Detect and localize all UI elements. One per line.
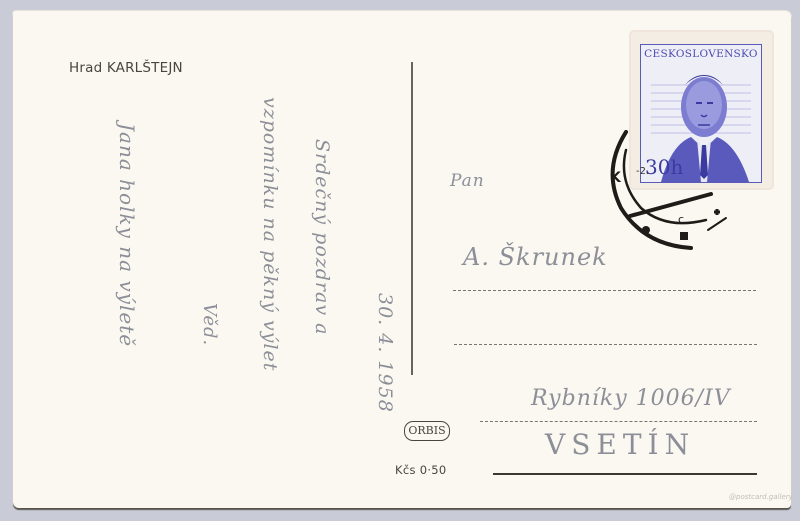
message-line-3: Jana holky na výletě (115, 123, 139, 347)
postmark-icon: K c -2. (596, 120, 746, 255)
caption-title: Hrad KARLŠTEJN (69, 60, 183, 76)
address-line-2 (454, 344, 757, 345)
message-date: 30. 4. 1958 (374, 293, 396, 413)
center-divider (411, 62, 413, 375)
price-label: Kčs 0·50 (395, 463, 447, 477)
address-line-4 (493, 473, 757, 475)
address-line-3 (480, 421, 757, 422)
address-name: A. Škrunek (463, 243, 608, 271)
message-line-4: Věd. (199, 303, 220, 346)
message-line-1: Srdečný pozdrav a (311, 139, 333, 335)
svg-text:-2.: -2. (636, 166, 649, 177)
address-city: VSETÍN (545, 428, 695, 461)
address-salutation: Pan (450, 171, 485, 191)
message-line-2: vzpomínku na pěkný výlet (259, 97, 281, 371)
postmark-letter-c: c (678, 213, 684, 226)
publisher-logo: ORBIS (404, 421, 450, 441)
watermark: @postcard.gallery (729, 493, 793, 501)
postmark-letter-k: K (610, 170, 622, 186)
address-line-1 (453, 290, 756, 291)
address-street: Rybníky 1006/IV (531, 386, 731, 411)
